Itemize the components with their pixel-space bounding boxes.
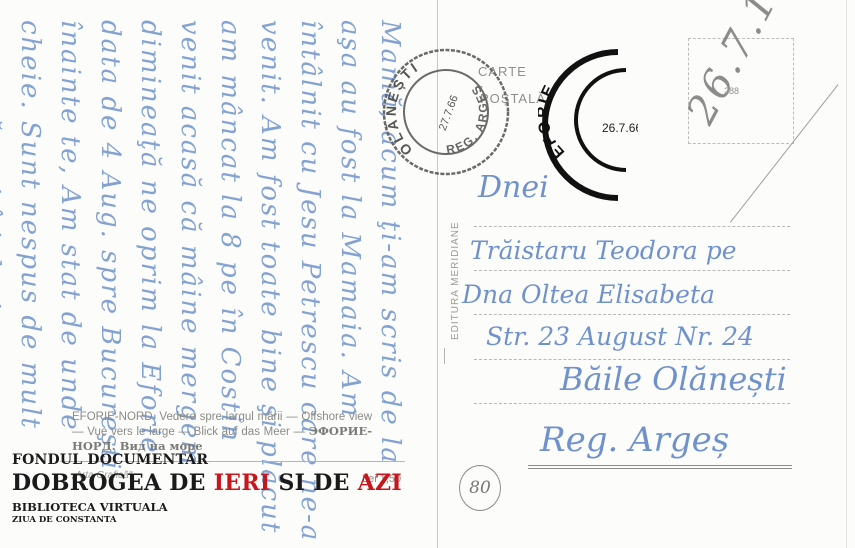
address-street: Str. 23 August Nr. 24 — [486, 322, 754, 351]
watermark-title-part: DOBROGEA DE — [12, 470, 214, 496]
card-edge — [846, 0, 847, 548]
svg-text:EFORIE: EFORIE — [538, 81, 568, 161]
svg-text:26.7.66: 26.7.66 — [602, 121, 638, 135]
watermark-library: BIBLIOTECA VIRTUALA — [12, 500, 402, 514]
publisher-tick — [444, 348, 445, 364]
address-salutation: Dnei — [478, 170, 549, 205]
svg-text:27.7.66: 27.7.66 — [437, 94, 461, 133]
watermark-fund: FONDUL DOCUMENTAR — [12, 452, 402, 468]
address-line-rule — [474, 270, 790, 271]
address-city: Băile Olănești — [560, 360, 787, 398]
address-line-rule — [474, 226, 790, 227]
address-line-rule — [474, 314, 790, 315]
archive-watermark: FONDUL DOCUMENTAR DOBROGEA DE IERI SI DE… — [12, 452, 402, 525]
address-care-of: Dna Oltea Elisabeta — [462, 280, 715, 309]
watermark-title: DOBROGEA DE IERI SI DE AZI — [12, 470, 402, 496]
address-line-rule — [474, 403, 790, 404]
postcard-back: Mamă, acum ţi-am scris de laaşa au fost … — [0, 0, 855, 548]
olanesti-postmark: OLĂNEȘTI REG. ARGEȘ 27.7.66 — [378, 44, 514, 180]
eforie-postmark: EFORIE 26.7.66 — [538, 44, 638, 204]
watermark-title-red: AZI — [358, 470, 402, 496]
message-line: te pupăm şi îţi dorim toate — [0, 20, 10, 540]
watermark-title-part: SI DE — [271, 470, 358, 496]
watermark-title-red: IERI — [214, 470, 271, 496]
watermark-publisher: ZIUA DE CONSTANTA — [12, 515, 402, 525]
photo-caption: EFORIE-NORD. Vedere spre largul mării — … — [72, 410, 372, 454]
address-region: Reg. Argeș — [540, 420, 729, 460]
publisher-name: EDITURA MERIDIANE — [450, 221, 461, 340]
address-double-rule — [528, 465, 792, 469]
address-recipient: Trăistaru Teodora pe — [470, 236, 737, 265]
circled-number: 80 — [459, 465, 501, 511]
